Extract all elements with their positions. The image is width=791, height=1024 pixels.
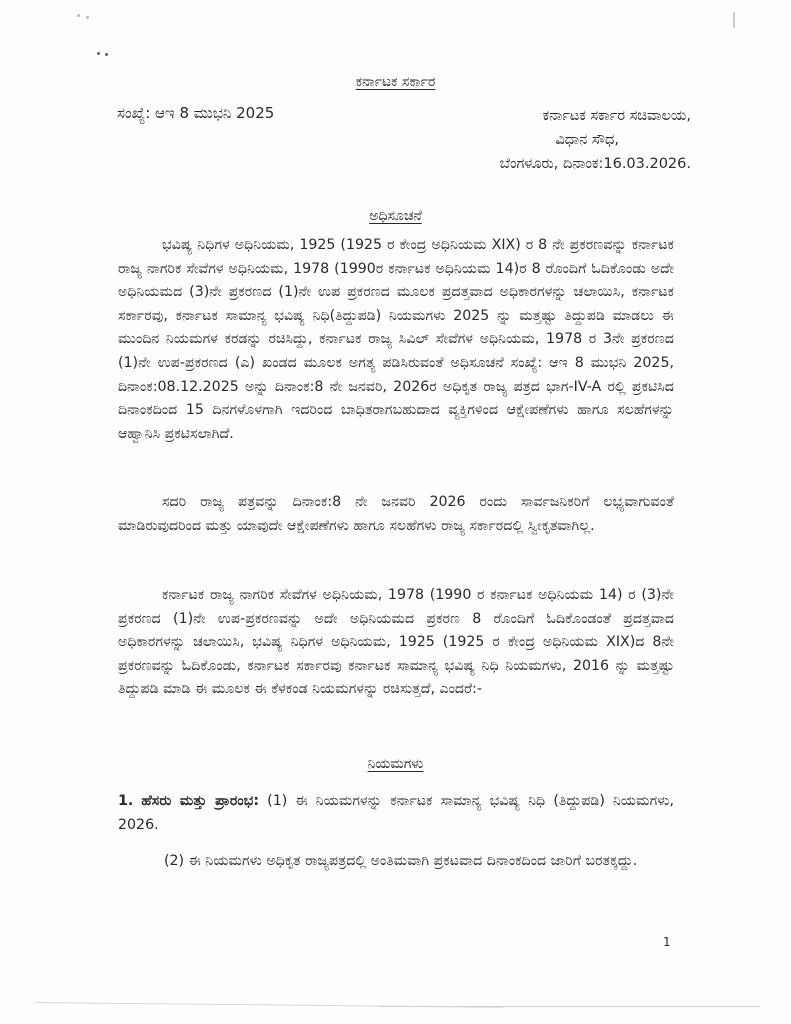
address-line: ವಿಧಾನ ಸೌಧ, <box>455 128 691 152</box>
address-line: ಬೆಂಗಳೂರು, ದಿನಾಂಕ:16.03.2026. <box>455 152 691 176</box>
government-title: ಕರ್ನಾಟಕ ಸರ್ಕಾರ <box>0 74 791 90</box>
scan-speck <box>105 53 108 56</box>
notification-paragraph-1: ಭವಿಷ್ಯ ನಿಧಿಗಳ ಅಧಿನಿಯಮ, 1925 (1925 ರ ಕೇಂದ… <box>118 234 674 446</box>
rule-title: ಹೆಸರು ಮತ್ತು ಪ್ರಾರಂಭ: <box>141 793 259 809</box>
scan-mark <box>733 12 735 28</box>
page-number: 1 <box>663 935 671 949</box>
reference-number: ಸಂಖ್ಯೆ: ಆಇ 8 ಮುಭನಿ 2025 <box>117 104 274 122</box>
rules-heading: ನಿಯಮಗಳು <box>0 756 791 772</box>
scan-edge-line <box>35 1002 503 1008</box>
notification-paragraph-2: ಸದರಿ ರಾಜ್ಯ ಪತ್ರವನ್ನು ದಿನಾಂಕ:8 ನೇ ಜನವರಿ 2… <box>118 491 674 538</box>
rule-subclause-2: (2) ಈ ನಿಯಮಗಳು ಅಧಿಕೃತ ರಾಜ್ಯಪತ್ರದಲ್ಲಿ ಅಂತಿ… <box>164 850 674 874</box>
paragraph-text: ಸದರಿ ರಾಜ್ಯ ಪತ್ರವನ್ನು ದಿನಾಂಕ:8 ನೇ ಜನವರಿ 2… <box>118 494 674 534</box>
address-block: ಕರ್ನಾಟಕ ಸರ್ಕಾರ ಸಚಿವಾಲಯ, ವಿಧಾನ ಸೌಧ, ಬೆಂಗಳ… <box>455 104 691 176</box>
scan-speck <box>97 52 100 55</box>
rule-number: 1. <box>118 793 133 809</box>
scan-speck <box>77 14 80 17</box>
address-line: ಕರ್ನಾಟಕ ಸರ್ಕಾರ ಸಚಿವಾಲಯ, <box>455 104 691 128</box>
notification-heading: ಅಧಿಸೂಚನೆ <box>0 208 791 224</box>
rule-1: 1. ಹೆಸರು ಮತ್ತು ಪ್ರಾರಂಭ: (1) ಈ ನಿಯಮಗಳನ್ನು… <box>118 790 674 837</box>
notification-paragraph-3: ಕರ್ನಾಟಕ ರಾಜ್ಯ ನಾಗರಿಕ ಸೇವೆಗಳ ಅಧಿನಿಯಮ, 197… <box>118 584 674 702</box>
paragraph-text: ಕರ್ನಾಟಕ ರಾಜ್ಯ ನಾಗರಿಕ ಸೇವೆಗಳ ಅಧಿನಿಯಮ, 197… <box>118 587 674 697</box>
scan-edge-line <box>380 1006 760 1007</box>
scan-speck <box>86 16 89 19</box>
paragraph-text: ಭವಿಷ್ಯ ನಿಧಿಗಳ ಅಧಿನಿಯಮ, 1925 (1925 ರ ಕೇಂದ… <box>118 237 674 442</box>
document-page: ಕರ್ನಾಟಕ ಸರ್ಕಾರ ಸಂಖ್ಯೆ: ಆಇ 8 ಮುಭನಿ 2025 ಕ… <box>0 0 791 1024</box>
